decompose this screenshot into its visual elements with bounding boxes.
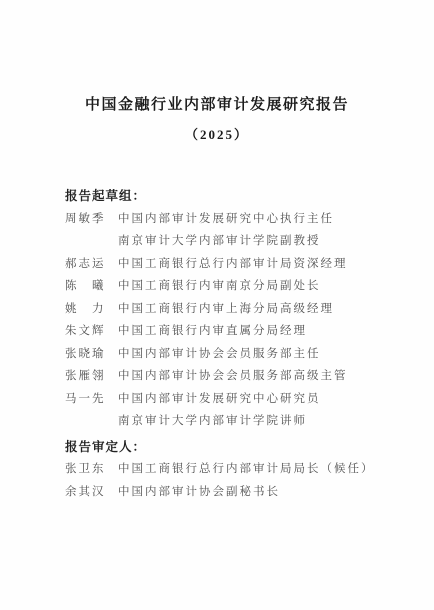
member-name: 张雁翎 <box>65 365 107 388</box>
member-name: 郝志运 <box>65 253 107 276</box>
page-subtitle: （2025） <box>0 126 434 143</box>
section-heading: 报告起草组： <box>65 185 404 208</box>
member-role: 中国内部审计协会会员服务部高级主管 <box>118 365 404 388</box>
member-row: 马一先中国内部审计发展研究中心研究员南京审计大学内部审计学院讲师 <box>65 388 404 433</box>
member-name: 姚 力 <box>65 298 107 321</box>
member-row: 张晓瑜中国内部审计协会会员服务部主任 <box>65 343 404 366</box>
page-title: 中国金融行业内部审计发展研究报告 <box>0 0 434 115</box>
member-roles: 中国内部审计发展研究中心研究员南京审计大学内部审计学院讲师 <box>118 388 404 433</box>
member-row: 陈 曦中国工商银行内审南京分局副处长 <box>65 275 404 298</box>
member-roles: 中国内部审计协会会员服务部主任 <box>118 343 404 366</box>
member-row: 周敏季中国内部审计发展研究中心执行主任南京审计大学内部审计学院副教授 <box>65 208 404 253</box>
member-role: 中国内部审计协会会员服务部主任 <box>118 343 404 366</box>
member-role: 中国工商银行内审上海分局高级经理 <box>118 298 404 321</box>
member-name: 余其汉 <box>65 481 107 504</box>
member-roles: 中国工商银行总行内部审计局资深经理 <box>118 253 404 276</box>
member-roles: 中国内部审计协会会员服务部高级主管 <box>118 365 404 388</box>
member-roles: 中国工商银行内审直属分局经理 <box>118 320 404 343</box>
member-roles: 中国内部审计发展研究中心执行主任南京审计大学内部审计学院副教授 <box>118 208 404 253</box>
member-role: 中国内部审计发展研究中心执行主任 <box>118 208 404 231</box>
credits-list: 报告起草组：周敏季中国内部审计发展研究中心执行主任南京审计大学内部审计学院副教授… <box>65 185 404 503</box>
member-role: 中国内部审计协会副秘书长 <box>118 481 404 504</box>
member-name: 张卫东 <box>65 458 107 481</box>
member-role: 中国内部审计发展研究中心研究员 <box>118 388 404 411</box>
member-roles: 中国工商银行内审上海分局高级经理 <box>118 298 404 321</box>
member-roles: 中国工商银行总行内部审计局局长（候任） <box>118 458 404 481</box>
member-roles: 中国内部审计协会副秘书长 <box>118 481 404 504</box>
member-role: 中国工商银行内审南京分局副处长 <box>118 275 404 298</box>
member-role: 中国工商银行总行内部审计局局长（候任） <box>118 458 404 481</box>
member-role: 中国工商银行总行内部审计局资深经理 <box>118 253 404 276</box>
member-name: 朱文辉 <box>65 320 107 343</box>
member-role: 南京审计大学内部审计学院副教授 <box>118 230 404 253</box>
member-row: 郝志运中国工商银行总行内部审计局资深经理 <box>65 253 404 276</box>
section-heading: 报告审定人： <box>65 436 404 459</box>
member-name: 马一先 <box>65 388 107 411</box>
member-roles: 中国工商银行内审南京分局副处长 <box>118 275 404 298</box>
member-name: 张晓瑜 <box>65 343 107 366</box>
member-role: 中国工商银行内审直属分局经理 <box>118 320 404 343</box>
member-row: 朱文辉中国工商银行内审直属分局经理 <box>65 320 404 343</box>
document-page: 中国金融行业内部审计发展研究报告 （2025） 报告起草组：周敏季中国内部审计发… <box>0 0 434 610</box>
member-row: 张卫东中国工商银行总行内部审计局局长（候任） <box>65 458 404 481</box>
member-row: 余其汉中国内部审计协会副秘书长 <box>65 481 404 504</box>
member-row: 张雁翎中国内部审计协会会员服务部高级主管 <box>65 365 404 388</box>
member-name: 陈 曦 <box>65 275 107 298</box>
member-name: 周敏季 <box>65 208 107 231</box>
member-role: 南京审计大学内部审计学院讲师 <box>118 410 404 433</box>
member-row: 姚 力中国工商银行内审上海分局高级经理 <box>65 298 404 321</box>
